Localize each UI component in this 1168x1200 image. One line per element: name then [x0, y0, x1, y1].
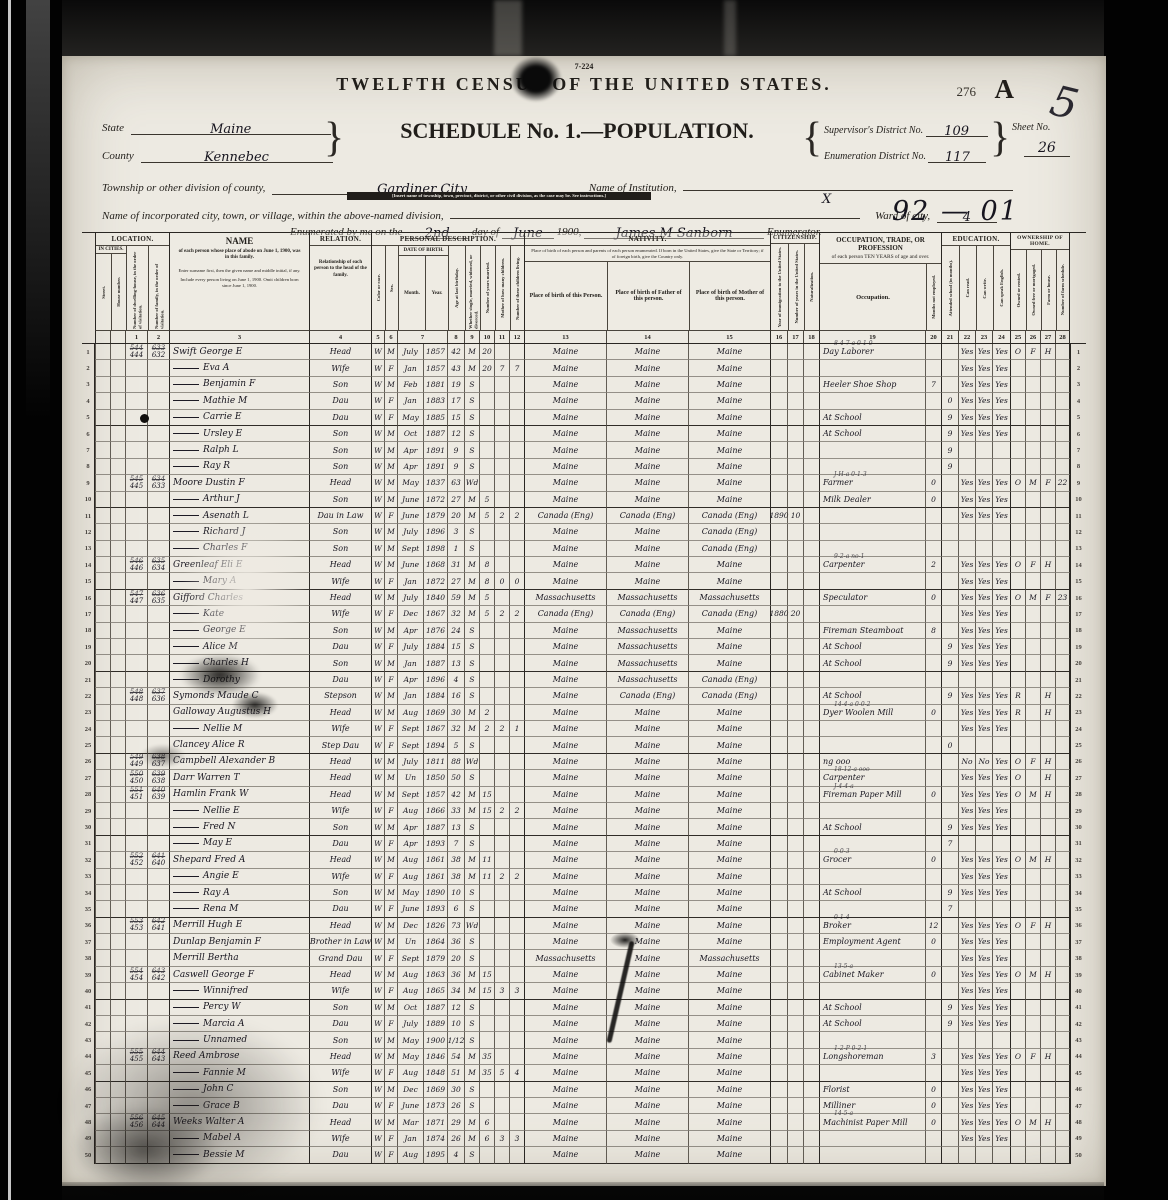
cell-birthplace-father: Massachusetts: [606, 655, 688, 671]
census-table-body: 1544444633632Swift George EHeadWMJuly185…: [82, 343, 1086, 1164]
cell-age: 36: [447, 967, 464, 983]
cell-marital: S: [464, 885, 479, 901]
cell-naturalization: [803, 983, 819, 999]
cell-school-months: [941, 344, 958, 360]
cell-mother-of: [494, 967, 509, 983]
cell-years-in-us: [787, 967, 803, 983]
cell-years-in-us: [787, 1147, 803, 1163]
cell-name: Arthur J: [169, 492, 309, 508]
cell-months-not-employed: 0: [925, 934, 941, 950]
cell-house-number: [110, 1065, 125, 1081]
cell-can-write: Yes: [975, 1082, 992, 1098]
cell-home-owned: O: [1010, 852, 1025, 868]
cell-can-write: [975, 541, 992, 557]
cell-months-not-employed: [925, 819, 941, 835]
cell-free-mortgaged: [1025, 655, 1040, 671]
cell-birthplace: Maine: [524, 360, 606, 376]
cell-birthplace: Maine: [524, 524, 606, 540]
cell-can-read: [958, 442, 975, 458]
cell-birthplace-mother: Canada (Eng): [688, 606, 770, 622]
cell-children-living: 4: [509, 1065, 524, 1081]
cell-birth-month: Aug: [397, 1065, 423, 1081]
cell-family-number: 644643: [147, 1049, 169, 1065]
cell-occupation: Employment Agent: [819, 934, 925, 950]
cell-years-married: 15: [479, 787, 494, 803]
cell-farm-house: F: [1040, 475, 1055, 491]
cell-sex: M: [384, 524, 397, 540]
cell-home-owned: [1010, 869, 1025, 885]
cell-farm-schedule: [1055, 1131, 1070, 1147]
cell-color: W: [371, 573, 384, 589]
cell-mother-of: 0: [494, 573, 509, 589]
cell-free-mortgaged: [1025, 442, 1040, 458]
cell-street: [95, 459, 110, 475]
cell-birthplace: Maine: [524, 1098, 606, 1114]
cell-sex: F: [384, 393, 397, 409]
cell-farm-schedule: [1055, 524, 1070, 540]
cell-years-married: 20: [479, 360, 494, 376]
cell-can-read: Yes: [958, 950, 975, 966]
cell-mother-of: [494, 475, 509, 491]
cell-birthplace: Maine: [524, 1016, 606, 1032]
cell-can-read: Yes: [958, 360, 975, 376]
cell-naturalization: [803, 639, 819, 655]
cell-years-married: 35: [479, 1049, 494, 1065]
cell-children-living: [509, 344, 524, 360]
cell-can-read: [958, 459, 975, 475]
cell-house-number: [110, 852, 125, 868]
cell-home-owned: [1010, 492, 1025, 508]
cell-house-number: [110, 672, 125, 688]
cell-home-owned: [1010, 672, 1025, 688]
enumeration-district-value: 117: [945, 150, 970, 165]
cell-home-owned: [1010, 1098, 1025, 1114]
color-race-column-label: Color or race.: [376, 273, 381, 302]
cell-free-mortgaged: [1025, 950, 1040, 966]
cell-relation: Son: [309, 426, 371, 442]
row-number-right: 11: [1070, 508, 1086, 524]
cell-can-read: Yes: [958, 393, 975, 409]
attended-school-column-label: Attended school (in months).: [948, 259, 953, 317]
cell-sex: F: [384, 1065, 397, 1081]
cell-birth-year: 1866: [423, 803, 447, 819]
cell-dwelling-number: [125, 459, 147, 475]
cell-can-write: Yes: [975, 721, 992, 737]
cell-can-write: Yes: [975, 1016, 992, 1032]
cell-occupation: [819, 606, 925, 622]
cell-can-write: [975, 1147, 992, 1163]
cell-can-read: Yes: [958, 508, 975, 524]
street-column-label: Street.: [101, 285, 106, 300]
cell-house-number: [110, 737, 125, 753]
cell-years-in-us: [787, 983, 803, 999]
cell-can-write: Yes: [975, 1049, 992, 1065]
cell-relation: Dau: [309, 410, 371, 426]
cell-mother-of: [494, 377, 509, 393]
cell-occupation: 1-2-P 0-2-1Longshoreman: [819, 1049, 925, 1065]
cell-mother-of: [494, 1000, 509, 1016]
cell-occupation: 0-1-4Broker: [819, 918, 925, 934]
cell-age: 26: [447, 1131, 464, 1147]
cell-color: W: [371, 524, 384, 540]
cell-name: Rena M: [169, 901, 309, 917]
cell-immigration-year: [770, 377, 787, 393]
cell-color: W: [371, 377, 384, 393]
cell-dwelling-number: 545445: [125, 475, 147, 491]
cell-mother-of: [494, 885, 509, 901]
cell-color: W: [371, 492, 384, 508]
film-light-streak: [26, 0, 50, 420]
cell-family-number: 633632: [147, 344, 169, 360]
cell-years-in-us: [787, 1065, 803, 1081]
cell-immigration-year: [770, 655, 787, 671]
cell-street: [95, 1147, 110, 1163]
row-number-right: 12: [1070, 524, 1086, 540]
cell-age: 33: [447, 803, 464, 819]
cell-farm-house: [1040, 1147, 1055, 1163]
cell-family-number: [147, 623, 169, 639]
cell-name: Shepard Fred A: [169, 852, 309, 868]
cell-birth-month: Dec: [397, 1082, 423, 1098]
cell-street: [95, 721, 110, 737]
cell-farm-house: [1040, 639, 1055, 655]
cell-immigration-year: [770, 426, 787, 442]
cell-marital: S: [464, 737, 479, 753]
row-number-left: 36: [82, 918, 95, 934]
cell-children-living: [509, 754, 524, 770]
cell-birthplace: Maine: [524, 639, 606, 655]
immigration-year-column-label: Year of immigration to the United States…: [777, 246, 782, 328]
cell-name: Mathie M: [169, 393, 309, 409]
cell-free-mortgaged: M: [1025, 590, 1040, 606]
cell-years-married: [479, 426, 494, 442]
cell-relation: Son: [309, 1082, 371, 1098]
cell-farm-house: H: [1040, 754, 1055, 770]
cell-school-months: 0: [941, 393, 958, 409]
cell-children-living: [509, 1082, 524, 1098]
cell-years-in-us: [787, 754, 803, 770]
cell-street: [95, 770, 110, 786]
cell-name: Carrie E: [169, 410, 309, 426]
cell-house-number: [110, 1016, 125, 1032]
cell-relation: Wife: [309, 803, 371, 819]
cell-birthplace-father: Maine: [606, 541, 688, 557]
cell-free-mortgaged: [1025, 705, 1040, 721]
cell-dwelling-number: [125, 492, 147, 508]
cell-age: 42: [447, 344, 464, 360]
row-number-right: 38: [1070, 950, 1086, 966]
cell-home-owned: [1010, 950, 1025, 966]
cell-naturalization: [803, 934, 819, 950]
cell-immigration-year: [770, 541, 787, 557]
cell-years-in-us: [787, 590, 803, 606]
cell-occupation: 14-5-aMachinist Paper Mill: [819, 1114, 925, 1130]
cell-relation: Head: [309, 344, 371, 360]
cell-can-write: Yes: [975, 705, 992, 721]
cell-dwelling-number: [125, 737, 147, 753]
cell-house-number: [110, 426, 125, 442]
cell-can-read: Yes: [958, 688, 975, 704]
cell-age: 1: [447, 541, 464, 557]
cell-free-mortgaged: F: [1025, 918, 1040, 934]
cell-birth-year: 1857: [423, 360, 447, 376]
cell-house-number: [110, 770, 125, 786]
row-number-right: 16: [1070, 590, 1086, 606]
cell-age: 13: [447, 819, 464, 835]
cell-years-married: [479, 918, 494, 934]
row-number-left: 37: [82, 934, 95, 950]
cell-can-write: Yes: [975, 983, 992, 999]
cell-name: Darr Warren T: [169, 770, 309, 786]
cell-street: [95, 787, 110, 803]
cell-street: [95, 950, 110, 966]
cell-years-married: [479, 688, 494, 704]
row-number-right: 27: [1070, 770, 1086, 786]
cell-years-in-us: [787, 655, 803, 671]
cell-street: [95, 737, 110, 753]
sheet-letter: A: [995, 74, 1015, 105]
cell-street: [95, 1000, 110, 1016]
cell-years-in-us: [787, 950, 803, 966]
cell-can-speak: Yes: [992, 393, 1010, 409]
cell-free-mortgaged: [1025, 901, 1040, 917]
cell-naturalization: [803, 1147, 819, 1163]
cell-family-number: 641640: [147, 852, 169, 868]
cell-home-owned: [1010, 721, 1025, 737]
column-group-occupation: OCCUPATION, TRADE, OR PROFESSION of each…: [819, 233, 941, 331]
cell-farm-house: H: [1040, 557, 1055, 573]
cell-months-not-employed: 12: [925, 918, 941, 934]
cell-can-speak: [992, 524, 1010, 540]
cell-school-months: [941, 541, 958, 557]
cell-free-mortgaged: [1025, 508, 1040, 524]
cell-street: [95, 934, 110, 950]
cell-dwelling-number: 550450: [125, 770, 147, 786]
cell-family-number: [147, 410, 169, 426]
cell-months-not-employed: [925, 1131, 941, 1147]
cell-birth-year: 1876: [423, 623, 447, 639]
cell-can-write: Yes: [975, 688, 992, 704]
cell-free-mortgaged: [1025, 1032, 1040, 1048]
cell-birth-month: Sept: [397, 787, 423, 803]
cell-birthplace-father: Maine: [606, 1065, 688, 1081]
cell-children-living: [509, 377, 524, 393]
cell-relation: Head: [309, 1114, 371, 1130]
cell-home-owned: [1010, 508, 1025, 524]
cell-marital: S: [464, 1032, 479, 1048]
occupation-group-title: OCCUPATION, TRADE, OR PROFESSION: [822, 236, 939, 252]
film-edge-right: [1104, 0, 1168, 1200]
name-group-title: NAME: [170, 233, 309, 249]
cell-dwelling-number: [125, 869, 147, 885]
cell-children-living: [509, 475, 524, 491]
cell-years-married: [479, 819, 494, 835]
cell-marital: S: [464, 770, 479, 786]
cell-school-months: [941, 950, 958, 966]
cell-farm-house: [1040, 524, 1055, 540]
cell-naturalization: [803, 1098, 819, 1114]
cell-farm-house: F: [1040, 590, 1055, 606]
cell-family-number: 637636: [147, 688, 169, 704]
row-number-right: 28: [1070, 787, 1086, 803]
cell-street: [95, 557, 110, 573]
cell-birth-month: Aug: [397, 1147, 423, 1163]
cell-children-living: [509, 787, 524, 803]
cell-immigration-year: [770, 967, 787, 983]
cell-naturalization: [803, 705, 819, 721]
cell-relation: Son: [309, 377, 371, 393]
cell-can-speak: Yes: [992, 573, 1010, 589]
brace-state-county: }: [324, 114, 344, 162]
cell-birth-year: 1884: [423, 688, 447, 704]
cell-name: Kate: [169, 606, 309, 622]
cell-can-write: Yes: [975, 950, 992, 966]
in-cities-label: IN CITIES.: [96, 246, 126, 254]
citizenship-group-title: CITIZENSHIP.: [771, 233, 819, 244]
cell-birthplace-father: Maine: [606, 885, 688, 901]
cell-immigration-year: [770, 754, 787, 770]
cell-free-mortgaged: [1025, 983, 1040, 999]
cell-street: [95, 1065, 110, 1081]
children-living-column-label: Number of these children living.: [515, 256, 520, 321]
cell-relation: Son: [309, 623, 371, 639]
cell-years-in-us: [787, 492, 803, 508]
row-number-left: 38: [82, 950, 95, 966]
row-number-right: 36: [1070, 918, 1086, 934]
row-number-left: 20: [82, 655, 95, 671]
cell-relation: Dau: [309, 639, 371, 655]
cell-birth-year: 1896: [423, 524, 447, 540]
cell-mother-of: [494, 1049, 509, 1065]
cell-school-months: [941, 918, 958, 934]
cell-can-speak: Yes: [992, 360, 1010, 376]
cell-color: W: [371, 934, 384, 950]
cell-birthplace: Maine: [524, 705, 606, 721]
relation-group-title: RELATION.: [310, 233, 371, 246]
cell-can-write: Yes: [975, 492, 992, 508]
cell-mother-of: [494, 442, 509, 458]
cell-immigration-year: [770, 803, 787, 819]
cell-sex: M: [384, 754, 397, 770]
cell-naturalization: [803, 885, 819, 901]
column-group-ownership: OWNERSHIP OF HOME. Owned or rented. Owne…: [1010, 233, 1070, 331]
cell-name: Marcia A: [169, 1016, 309, 1032]
cell-sex: F: [384, 639, 397, 655]
cell-birthplace-mother: Maine: [688, 934, 770, 950]
row-number-left: 33: [82, 869, 95, 885]
cell-months-not-employed: [925, 459, 941, 475]
supervisor-district-value: 109: [944, 124, 969, 139]
birth-year-column-label: Year.: [425, 256, 448, 330]
cell-dwelling-number: [125, 705, 147, 721]
cell-age: 15: [447, 410, 464, 426]
row-number-right: 26: [1070, 754, 1086, 770]
cell-street: [95, 1114, 110, 1130]
cell-house-number: [110, 573, 125, 589]
cell-relation: Brother in Law: [309, 934, 371, 950]
cell-children-living: [509, 1098, 524, 1114]
cell-mother-of: [494, 705, 509, 721]
row-number-right: 8: [1070, 459, 1086, 475]
cell-immigration-year: [770, 1065, 787, 1081]
cell-marital: S: [464, 819, 479, 835]
cell-school-months: [941, 770, 958, 786]
cell-sex: F: [384, 901, 397, 917]
cell-occupation: 14-4-a 0-0-2Dyer Woolen Mill: [819, 705, 925, 721]
cell-can-write: Yes: [975, 557, 992, 573]
cell-family-number: [147, 1098, 169, 1114]
cell-immigration-year: [770, 573, 787, 589]
cell-naturalization: [803, 737, 819, 753]
cell-can-write: [975, 672, 992, 688]
row-number-left: 10: [82, 492, 95, 508]
cell-months-not-employed: 0: [925, 967, 941, 983]
cell-sex: M: [384, 377, 397, 393]
cell-street: [95, 852, 110, 868]
cell-home-owned: O: [1010, 754, 1025, 770]
row-number-right: 31: [1070, 836, 1086, 852]
cell-naturalization: [803, 426, 819, 442]
cell-house-number: [110, 459, 125, 475]
cell-children-living: [509, 541, 524, 557]
cell-months-not-employed: 3: [925, 1049, 941, 1065]
cell-occupation: [819, 869, 925, 885]
cell-color: W: [371, 426, 384, 442]
cell-relation: Step Dau: [309, 737, 371, 753]
cell-farm-schedule: [1055, 573, 1070, 589]
row-number-left: 45: [82, 1065, 95, 1081]
cell-free-mortgaged: [1025, 459, 1040, 475]
cell-age: 16: [447, 688, 464, 704]
cell-birth-year: 1885: [423, 410, 447, 426]
cell-naturalization: [803, 1032, 819, 1048]
cell-children-living: [509, 557, 524, 573]
cell-free-mortgaged: [1025, 1000, 1040, 1016]
cell-birth-month: Jan: [397, 393, 423, 409]
cell-can-speak: Yes: [992, 475, 1010, 491]
cell-farm-house: [1040, 1016, 1055, 1032]
cell-school-months: 9: [941, 1016, 958, 1032]
cell-birthplace-mother: Maine: [688, 901, 770, 917]
cell-can-speak: [992, 1147, 1010, 1163]
row-number-right: 39: [1070, 967, 1086, 983]
cell-free-mortgaged: F: [1025, 557, 1040, 573]
cell-farm-schedule: [1055, 787, 1070, 803]
cell-marital: M: [464, 1065, 479, 1081]
cell-birth-year: 1895: [423, 1147, 447, 1163]
township-instruction-note: [Insert name of township, town, precinct…: [347, 192, 651, 200]
cell-years-in-us: 10: [787, 508, 803, 524]
cell-children-living: [509, 442, 524, 458]
cell-naturalization: [803, 590, 819, 606]
cell-birthplace-father: Maine: [606, 803, 688, 819]
cell-house-number: [110, 869, 125, 885]
cell-relation: Grand Dau: [309, 950, 371, 966]
cell-school-months: [941, 672, 958, 688]
cell-years-in-us: [787, 1032, 803, 1048]
cell-years-married: 20: [479, 344, 494, 360]
cell-months-not-employed: [925, 672, 941, 688]
cell-immigration-year: [770, 934, 787, 950]
cell-naturalization: [803, 803, 819, 819]
cell-years-married: 5: [479, 492, 494, 508]
cell-street: [95, 377, 110, 393]
cell-free-mortgaged: [1025, 377, 1040, 393]
cell-sex: F: [384, 803, 397, 819]
cell-relation: Dau in Law: [309, 508, 371, 524]
cell-free-mortgaged: [1025, 360, 1040, 376]
cell-birthplace-father: Maine: [606, 934, 688, 950]
